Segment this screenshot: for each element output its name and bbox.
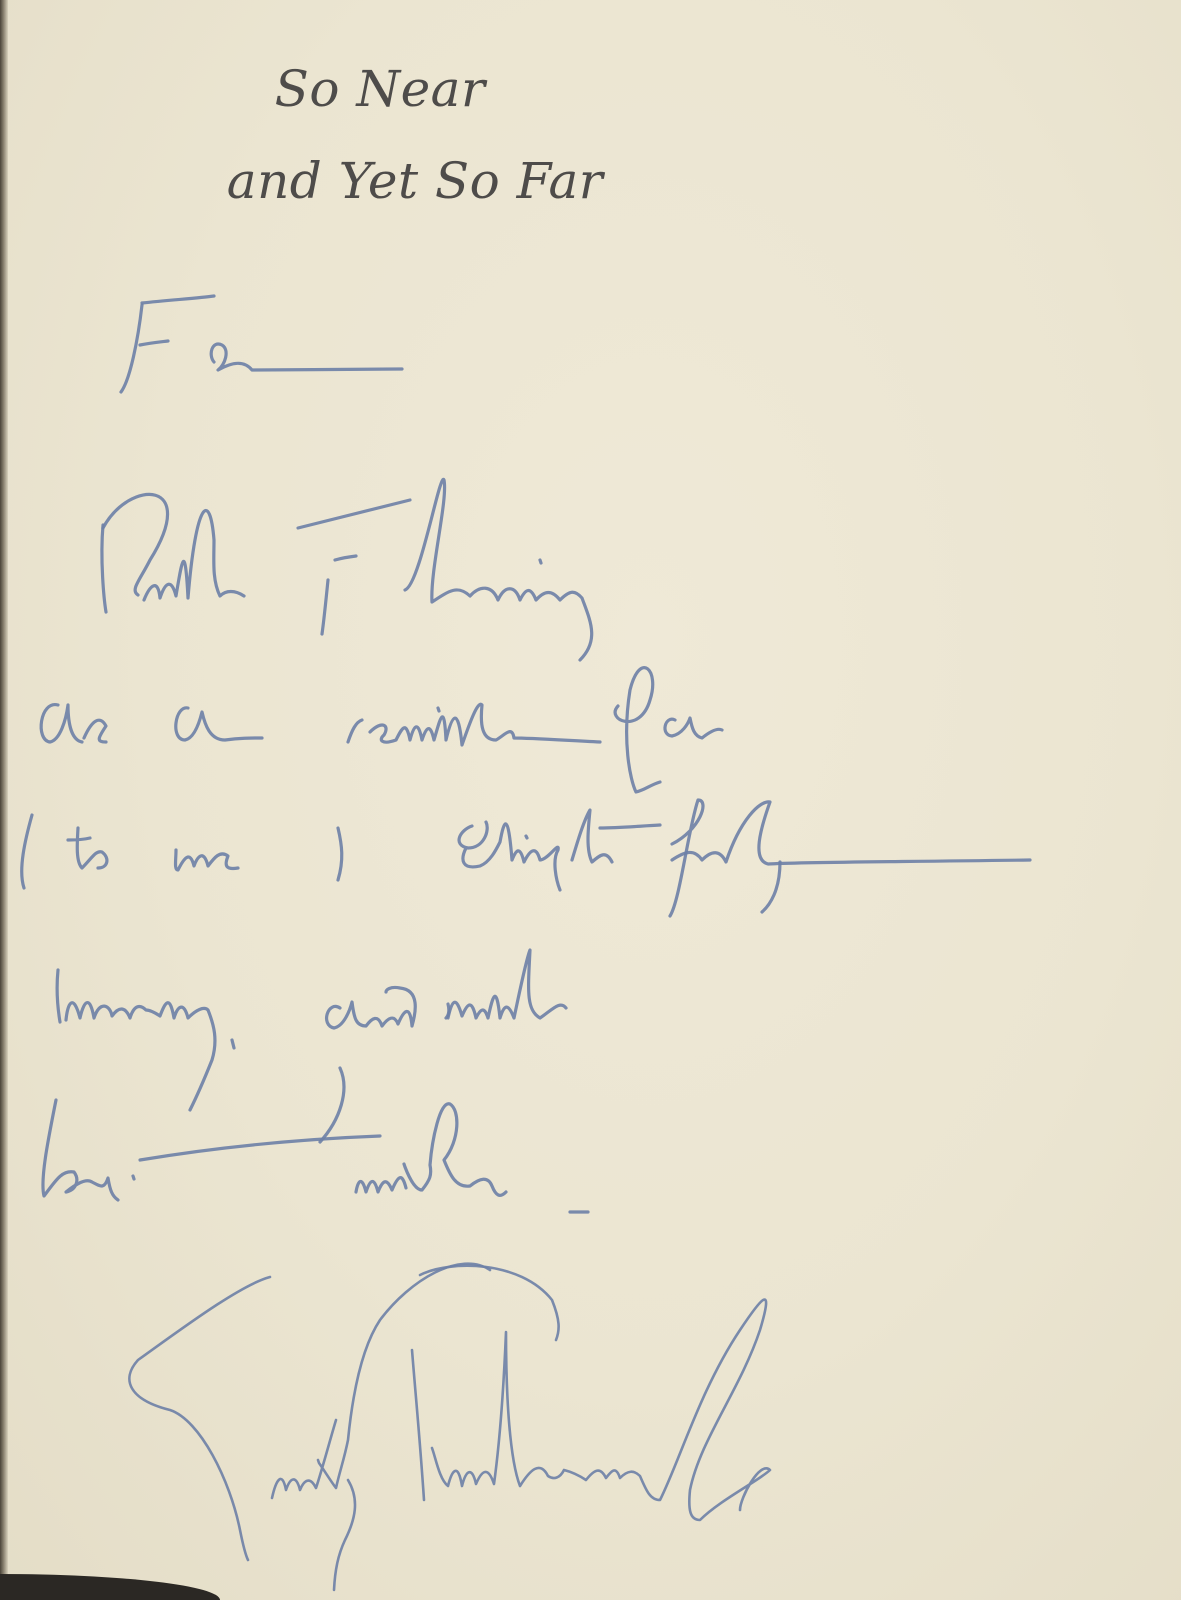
author-signature: Emily Kimbrough (140, 1300, 141, 1301)
handwriting-for (121, 296, 402, 392)
signature-strokes (129, 1264, 770, 1590)
handwriting-recipient (102, 479, 592, 660)
inscription-line-5: meeting, and with (55, 980, 56, 981)
inscription-line-2: Ruth F Fleming (100, 520, 101, 521)
inscription-line-3: as a reminder of a (40, 700, 41, 701)
book-page: So Near and Yet So Far (0, 0, 1181, 1600)
handwriting-line-4 (22, 800, 1030, 916)
handwriting-line-6 (43, 1068, 588, 1212)
inscription-line-6: best wishes - (45, 1130, 46, 1131)
handwritten-inscription (0, 0, 1181, 1600)
handwriting-line-3 (41, 668, 722, 792)
inscription-line-1: For (120, 300, 121, 301)
handwriting-line-5 (57, 950, 566, 1110)
inscription-line-4: (to me) delightful (30, 830, 31, 831)
